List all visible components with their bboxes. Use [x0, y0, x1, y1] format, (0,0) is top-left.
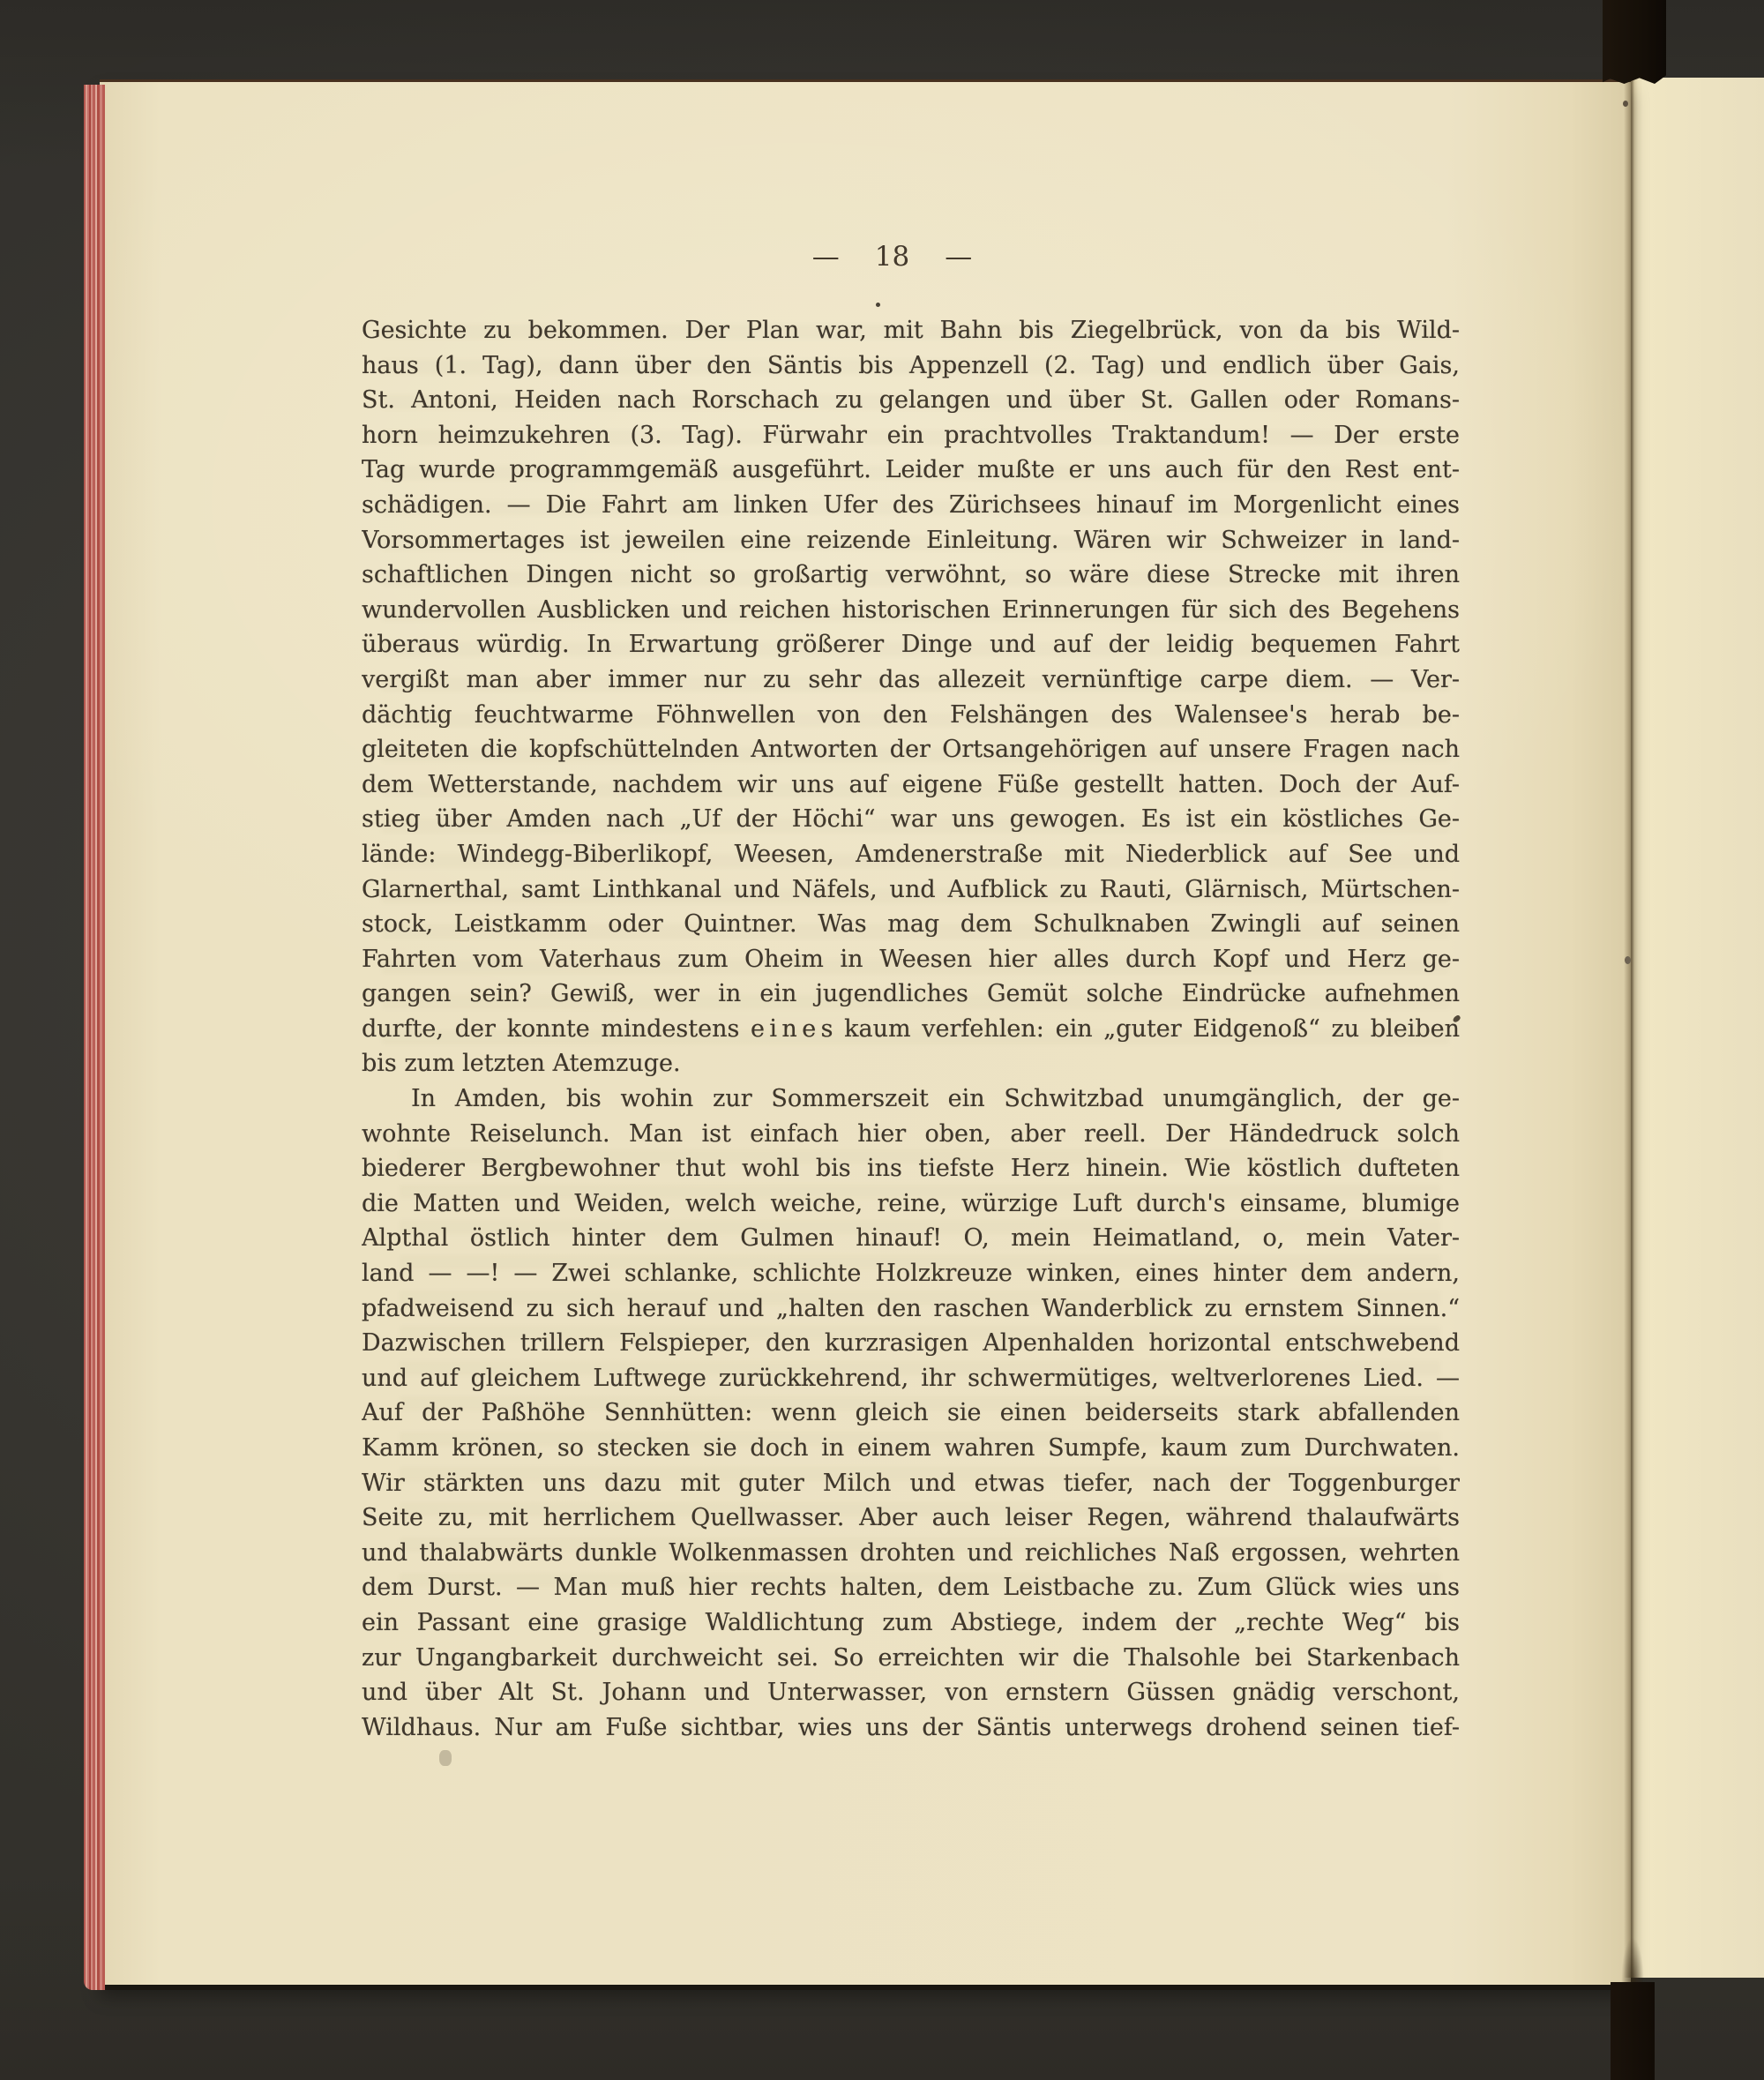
text-line: durfte, der konnte mindestens e i n e s … [362, 1012, 1460, 1047]
page-number-value: 18 [875, 241, 909, 273]
text-line: Gesichte zu bekommen. Der Plan war, mit … [362, 313, 1460, 348]
text-line: stieg über Amden nach „Uf der Höchi“ war… [362, 802, 1460, 837]
paragraph: Gesichte zu bekommen. Der Plan war, mit … [362, 313, 1460, 1081]
text-line: und auf gleichem Luftwege zurückkehrend,… [362, 1361, 1460, 1396]
text-line: vergißt man aber immer nur zu sehr das a… [362, 662, 1460, 698]
page-number-dash-left: — [812, 241, 840, 273]
text-line: dächtig feuchtwarme Föhnwellen von den F… [362, 698, 1460, 733]
ink-speck [1623, 101, 1628, 107]
text-line: lände: Windegg-Biberlikopf, Weesen, Amde… [362, 837, 1460, 872]
bookmark-ribbon-top [1603, 0, 1666, 84]
page-gutter-crease [1624, 78, 1638, 1978]
text-line: bis zum letzten Atemzuge. [362, 1046, 1460, 1081]
text-line: überaus würdig. In Erwartung größerer Di… [362, 627, 1460, 662]
text-line: Tag wurde programmgemäß ausgeführt. Leid… [362, 453, 1460, 488]
text-line: und thalabwärts dunkle Wolkenmassen droh… [362, 1536, 1460, 1571]
text-line: Kamm krönen, so stecken sie doch in eine… [362, 1431, 1460, 1466]
page-number-dash-right: — [945, 241, 972, 273]
text-line: Auf der Paßhöhe Sennhütten: wenn gleich … [362, 1395, 1460, 1431]
book-scan-scene: — 18 — Gesichte zu bekommen. Der Plan wa… [0, 0, 1764, 2080]
text-line: stock, Leistkamm oder Quintner. Was mag … [362, 907, 1460, 942]
text-line: schädigen. — Die Fahrt am linken Ufer de… [362, 488, 1460, 523]
text-line: ein Passant eine grasige Waldlichtung zu… [362, 1605, 1460, 1641]
text-line: dem Durst. — Man muß hier rechts halten,… [362, 1570, 1460, 1605]
text-line: wundervollen Ausblicken und reichen hist… [362, 593, 1460, 628]
paragraph: In Amden, bis wohin zur Sommerszeit ein … [362, 1081, 1460, 1745]
text-line: Glarnerthal, samt Linthkanal und Näfels,… [362, 872, 1460, 908]
text-line: Dazwischen trillern Felspieper, den kurz… [362, 1326, 1460, 1361]
book-page: — 18 — Gesichte zu bekommen. Der Plan wa… [100, 79, 1631, 1985]
page-deckle-edge [84, 85, 105, 1990]
text-line: St. Antoni, Heiden nach Rorschach zu gel… [362, 383, 1460, 418]
bookmark-ribbon-bottom [1611, 1982, 1655, 2080]
text-line: dem Wetterstande, nachdem wir uns auf ei… [362, 767, 1460, 803]
text-line: Wir stärkten uns dazu mit guter Milch un… [362, 1466, 1460, 1501]
text-line: biederer Bergbewohner thut wohl bis ins … [362, 1151, 1460, 1186]
facing-page-fore-edge [1631, 78, 1764, 1978]
text-line: wohnte Reiselunch. Man ist einfach hier … [362, 1117, 1460, 1152]
text-line: pfadweisend zu sich herauf und „halten d… [362, 1291, 1460, 1327]
text-line: land — —! — Zwei schlanke, schlichte Hol… [362, 1256, 1460, 1291]
text-block: Gesichte zu bekommen. Der Plan war, mit … [362, 313, 1460, 1745]
text-line: gleiteten die kopfschüttelnden Antworten… [362, 732, 1460, 767]
text-line: Fahrten vom Vaterhaus zum Oheim in Weese… [362, 942, 1460, 977]
text-line: und über Alt St. Johann und Unterwasser,… [362, 1675, 1460, 1710]
text-line: die Matten und Weiden, welch weiche, rei… [362, 1186, 1460, 1222]
text-line: Seite zu, mit herrlichem Quellwasser. Ab… [362, 1500, 1460, 1536]
text-line: zur Ungangbarkeit durchweicht sei. So er… [362, 1641, 1460, 1676]
text-line: Alpthal östlich hinter dem Gulmen hinauf… [362, 1221, 1460, 1256]
ink-speck [1625, 956, 1631, 964]
ink-speck [876, 303, 880, 307]
text-line: haus (1. Tag), dann über den Säntis bis … [362, 348, 1460, 384]
text-line: In Amden, bis wohin zur Sommerszeit ein … [362, 1081, 1460, 1117]
text-line: gangen sein? Gewiß, wer in ein jugendlic… [362, 976, 1460, 1012]
text-line: horn heimzukehren (3. Tag). Fürwahr ein … [362, 418, 1460, 453]
ink-speck [439, 1750, 452, 1766]
page-number: — 18 — [343, 237, 1441, 276]
text-line: Wildhaus. Nur am Fuße sichtbar, wies uns… [362, 1710, 1460, 1746]
text-line: schaftlichen Dingen nicht so großartig v… [362, 557, 1460, 593]
text-line: Vorsommertages ist jeweilen eine reizend… [362, 523, 1460, 558]
gutter-shadow [1621, 1937, 1644, 1982]
